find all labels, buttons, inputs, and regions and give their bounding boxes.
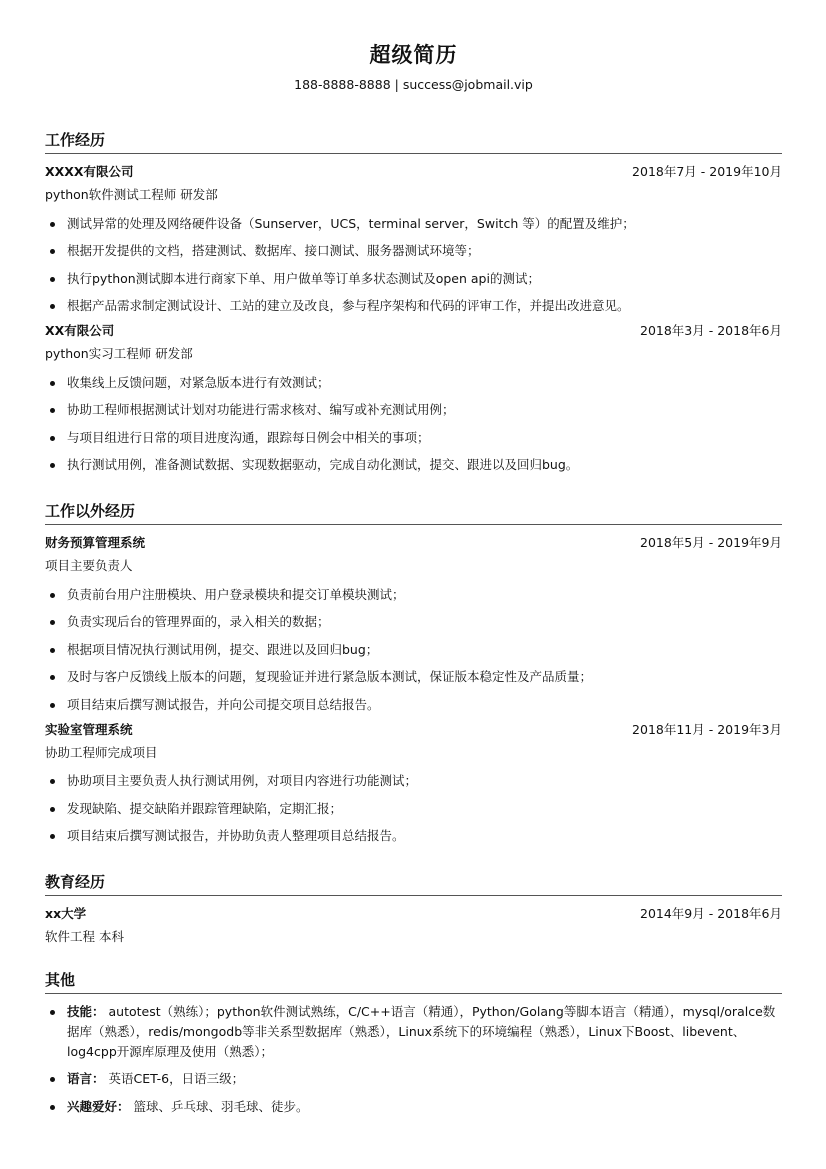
- project-entry: 财务预算管理系统 2018年5月 - 2019年9月 项目主要负责人 负责前台用…: [45, 531, 782, 715]
- project-name: 实验室管理系统: [45, 718, 133, 741]
- work-entry: XXXX有限公司 2018年7月 - 2019年10月 python软件测试工程…: [45, 160, 782, 316]
- list-item: 与项目组进行日常的项目进度沟通，跟踪每日例会中相关的事项；: [45, 428, 782, 448]
- list-item: 项目结束后撰写测试报告，并协助负责人整理项目总结报告。: [45, 826, 782, 846]
- contact-info: 188-8888-8888 | success@jobmail.vip: [45, 76, 782, 94]
- section-title: 工作以外经历: [45, 500, 782, 525]
- list-item: 发现缺陷、提交缺陷并跟踪管理缺陷，定期汇报；: [45, 799, 782, 819]
- date-range: 2018年11月 - 2019年3月: [632, 718, 782, 741]
- section-work: 工作经历 XXXX有限公司 2018年7月 - 2019年10月 python软…: [45, 129, 782, 475]
- date-range: 2018年5月 - 2019年9月: [640, 531, 782, 554]
- project-role: 项目主要负责人: [45, 554, 782, 577]
- item-text: 篮球、乒乓球、羽毛球、徒步。: [130, 1099, 309, 1114]
- item-label: 技能：: [67, 1004, 105, 1019]
- project-role: 协助工程师完成项目: [45, 741, 782, 764]
- date-range: 2014年9月 - 2018年6月: [640, 902, 782, 925]
- company-name: XXXX有限公司: [45, 160, 134, 183]
- job-title: python实习工程师 研发部: [45, 342, 782, 365]
- list-item: 执行测试用例，准备测试数据、实现数据驱动，完成自动化测试，提交、跟进以及回归bu…: [45, 455, 782, 475]
- list-item: 项目结束后撰写测试报告，并向公司提交项目总结报告。: [45, 695, 782, 715]
- section-title: 工作经历: [45, 129, 782, 154]
- date-range: 2018年3月 - 2018年6月: [640, 319, 782, 342]
- work-entry: XX有限公司 2018年3月 - 2018年6月 python实习工程师 研发部…: [45, 319, 782, 475]
- bullet-list: 协助项目主要负责人执行测试用例，对项目内容进行功能测试； 发现缺陷、提交缺陷并跟…: [45, 771, 782, 846]
- list-item: 及时与客户反馈线上版本的问题，复现验证并进行紧急版本测试，保证版本稳定性及产品质…: [45, 667, 782, 687]
- job-title: python软件测试工程师 研发部: [45, 183, 782, 206]
- item-text: autotest（熟练）；python软件测试熟练，C/C++语言（精通），Py…: [67, 1004, 775, 1059]
- item-label: 兴趣爱好：: [67, 1099, 130, 1114]
- project-name: 财务预算管理系统: [45, 531, 145, 554]
- list-item: 收集线上反馈问题，对紧急版本进行有效测试；: [45, 373, 782, 393]
- bullet-list: 收集线上反馈问题，对紧急版本进行有效测试； 协助工程师根据测试计划对功能进行需求…: [45, 373, 782, 476]
- date-range: 2018年7月 - 2019年10月: [632, 160, 782, 183]
- bullet-list: 负责前台用户注册模块、用户登录模块和提交订单模块测试； 负责实现后台的管理界面的…: [45, 585, 782, 715]
- list-item: 负责实现后台的管理界面的，录入相关的数据；: [45, 612, 782, 632]
- item-label: 语言：: [67, 1071, 105, 1086]
- list-item: 根据产品需求制定测试设计、工站的建立及改良，参与程序架构和代码的评审工作，并提出…: [45, 296, 782, 316]
- section-title: 教育经历: [45, 871, 782, 896]
- company-name: XX有限公司: [45, 319, 114, 342]
- section-education: 教育经历 xx大学 2014年9月 - 2018年6月 软件工程 本科: [45, 871, 782, 948]
- item-text: 英语CET-6，日语三级；: [105, 1071, 245, 1086]
- list-item-languages: 语言： 英语CET-6，日语三级；: [45, 1069, 782, 1089]
- list-item: 根据开发提供的文档，搭建测试、数据库、接口测试、服务器测试环境等；: [45, 241, 782, 261]
- list-item: 负责前台用户注册模块、用户登录模块和提交订单模块测试；: [45, 585, 782, 605]
- section-other: 其他 技能： autotest（熟练）；python软件测试熟练，C/C++语言…: [45, 969, 782, 1117]
- list-item-skills: 技能： autotest（熟练）；python软件测试熟练，C/C++语言（精通…: [45, 1002, 782, 1062]
- list-item: 执行python测试脚本进行商家下单、用户做单等订单多状态测试及open api…: [45, 269, 782, 289]
- list-item-hobbies: 兴趣爱好： 篮球、乒乓球、羽毛球、徒步。: [45, 1097, 782, 1117]
- degree-major: 软件工程 本科: [45, 925, 782, 948]
- school-name: xx大学: [45, 902, 86, 925]
- bullet-list: 技能： autotest（熟练）；python软件测试熟练，C/C++语言（精通…: [45, 1002, 782, 1117]
- list-item: 测试异常的处理及网络硬件设备（Sunserver，UCS，terminal se…: [45, 214, 782, 234]
- section-projects: 工作以外经历 财务预算管理系统 2018年5月 - 2019年9月 项目主要负责…: [45, 500, 782, 846]
- education-entry: xx大学 2014年9月 - 2018年6月 软件工程 本科: [45, 902, 782, 948]
- project-entry: 实验室管理系统 2018年11月 - 2019年3月 协助工程师完成项目 协助项…: [45, 718, 782, 847]
- bullet-list: 测试异常的处理及网络硬件设备（Sunserver，UCS，terminal se…: [45, 214, 782, 317]
- section-title: 其他: [45, 969, 782, 994]
- resume-title: 超级简历: [45, 41, 782, 69]
- list-item: 根据项目情况执行测试用例，提交、跟进以及回归bug；: [45, 640, 782, 660]
- list-item: 协助项目主要负责人执行测试用例，对项目内容进行功能测试；: [45, 771, 782, 791]
- list-item: 协助工程师根据测试计划对功能进行需求核对、编写或补充测试用例；: [45, 400, 782, 420]
